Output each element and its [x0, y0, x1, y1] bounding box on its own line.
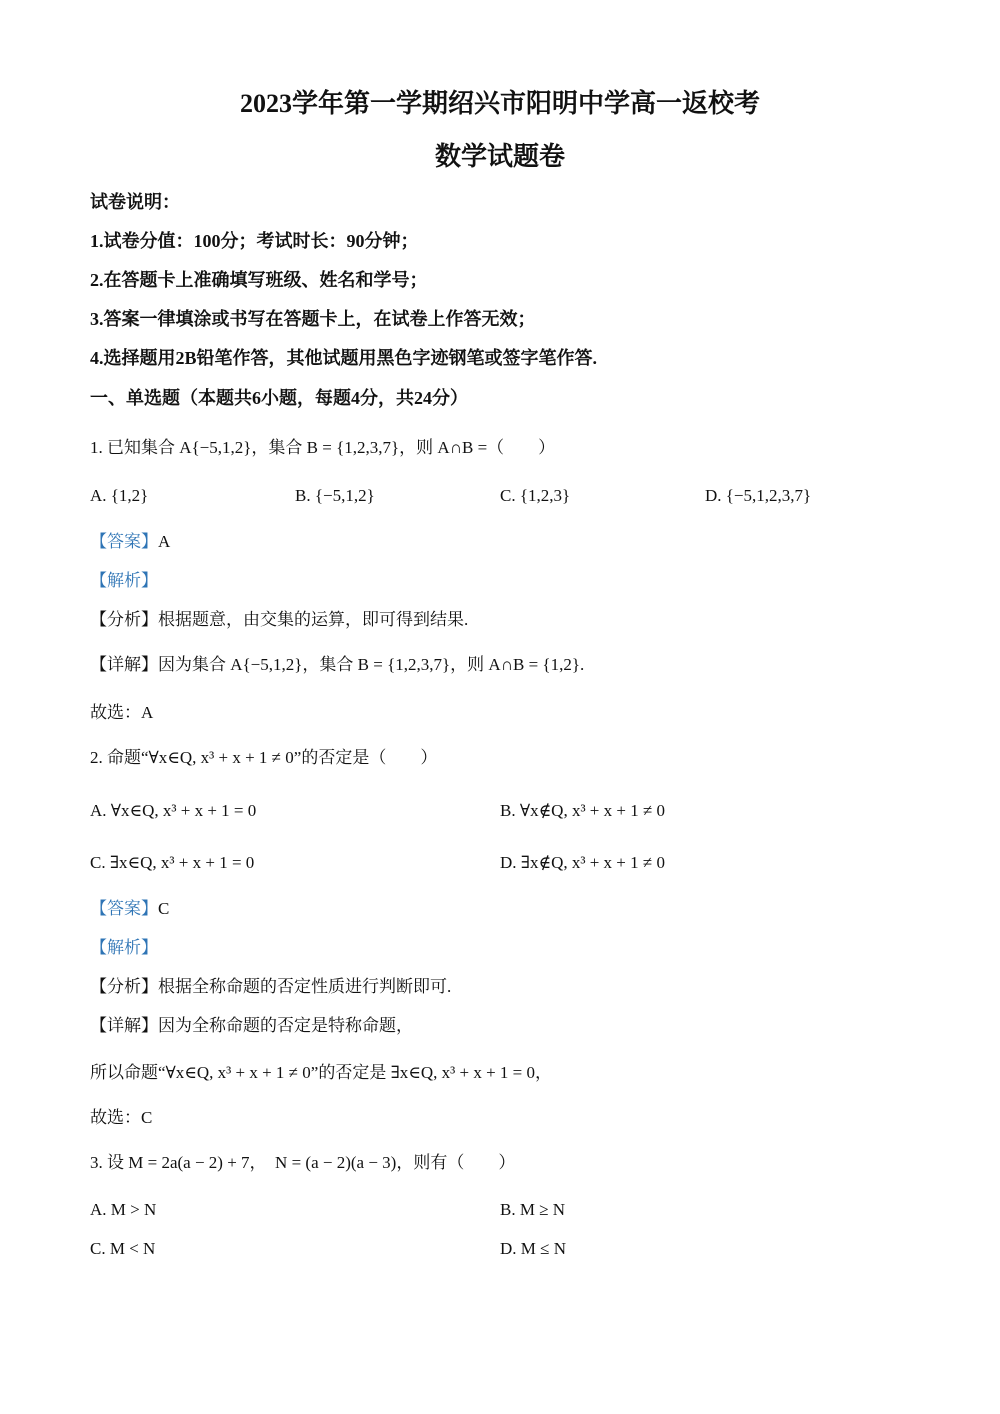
q1-option-a: A. {1,2}	[90, 484, 148, 508]
choose-label: 故选：	[90, 703, 141, 722]
question-2-stem: 2. 命题“∀x∈Q, x³ + x + 1 ≠ 0”的否定是（ ）	[90, 746, 437, 770]
exam-subtitle: 数学试题卷	[0, 140, 1000, 174]
instructions-heading: 试卷说明：	[90, 190, 180, 214]
q2-option-c: C. ∃x∈Q, x³ + x + 1 = 0	[90, 851, 254, 875]
choose-value: A	[141, 703, 153, 722]
q1-fenxi: 【分析】根据题意，由交集的运算，即可得到结果.	[90, 608, 468, 632]
q2-option-b: B. ∀x∉Q, x³ + x + 1 ≠ 0	[500, 799, 665, 823]
instruction-item: 4.选择题用2B铅笔作答，其他试题用黑色字迹钢笔或签字笔作答.	[90, 346, 597, 370]
section-heading: 一、单选题（本题共6小题，每题4分，共24分）	[90, 386, 468, 410]
instruction-item: 1.试卷分值：100分；考试时长：90分钟；	[90, 229, 419, 253]
q1-detail: 【详解】因为集合 A{−5,1,2}，集合 B = {1,2,3,7}，则 A∩…	[90, 653, 584, 677]
choose-label: 故选：	[90, 1108, 141, 1127]
exam-title: 2023学年第一学期绍兴市阳明中学高一返校考	[0, 87, 1000, 121]
fenxi-label: 【分析】	[90, 977, 158, 996]
q1-option-c: C. {1,2,3}	[500, 484, 570, 508]
q2-fenxi: 【分析】根据全称命题的否定性质进行判断即可.	[90, 975, 451, 999]
q2-answer: 【答案】C	[90, 897, 169, 921]
detail-label: 【详解】	[90, 1016, 158, 1035]
fenxi-label: 【分析】	[90, 610, 158, 629]
q2-choose: 故选：C	[90, 1106, 152, 1130]
q3-option-c: C. M < N	[90, 1237, 155, 1261]
q2-analysis-label: 【解析】	[90, 936, 158, 960]
q2-option-a: A. ∀x∈Q, x³ + x + 1 = 0	[90, 799, 256, 823]
detail-text: 因为全称命题的否定是特称命题，	[158, 1016, 413, 1035]
q2-option-d: D. ∃x∉Q, x³ + x + 1 ≠ 0	[500, 851, 665, 875]
detail-label: 【详解】	[90, 655, 158, 674]
fenxi-text: 根据题意，由交集的运算，即可得到结果.	[158, 610, 468, 629]
answer-value: C	[158, 899, 169, 918]
q1-answer: 【答案】A	[90, 530, 170, 554]
q2-detail: 【详解】因为全称命题的否定是特称命题，	[90, 1014, 413, 1038]
question-1-stem: 1. 已知集合 A{−5,1,2}，集合 B = {1,2,3,7}，则 A∩B…	[90, 436, 555, 460]
answer-label: 【答案】	[90, 532, 158, 551]
q1-option-b: B. {−5,1,2}	[295, 484, 375, 508]
detail-text: 因为集合 A{−5,1,2}，集合 B = {1,2,3,7}，则 A∩B = …	[158, 655, 584, 674]
q2-detail-line2: 所以命题“∀x∈Q, x³ + x + 1 ≠ 0”的否定是 ∃x∈Q, x³ …	[90, 1061, 552, 1085]
answer-value: A	[158, 532, 170, 551]
question-3-stem: 3. 设 M = 2a(a − 2) + 7， N = (a − 2)(a − …	[90, 1151, 515, 1175]
instruction-item: 3.答案一律填涂或书写在答题卡上，在试卷上作答无效；	[90, 307, 536, 331]
q3-option-b: B. M ≥ N	[500, 1198, 565, 1222]
q3-option-a: A. M > N	[90, 1198, 156, 1222]
fenxi-text: 根据全称命题的否定性质进行判断即可.	[158, 977, 451, 996]
q1-option-d: D. {−5,1,2,3,7}	[705, 484, 811, 508]
answer-label: 【答案】	[90, 899, 158, 918]
choose-value: C	[141, 1108, 152, 1127]
instruction-item: 2.在答题卡上准确填写班级、姓名和学号；	[90, 268, 428, 292]
q1-analysis-label: 【解析】	[90, 569, 158, 593]
q3-option-d: D. M ≤ N	[500, 1237, 566, 1261]
q1-choose: 故选：A	[90, 701, 153, 725]
